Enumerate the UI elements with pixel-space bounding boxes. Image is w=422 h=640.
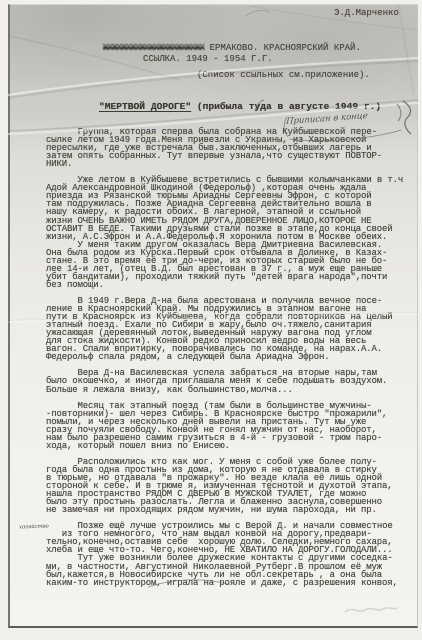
body-text: Группа, которая сперва была собрана на К… (46, 128, 408, 587)
header-period: ССЫЛКА. 1949 - 1954 Г.Г. (143, 54, 273, 64)
document-subtitle: "МЕРТВОЙ ДОРОГЕ" (прибыла туда в августе… (99, 101, 381, 112)
scanned-document-photo: Э.Д.Марченко ЖХЖХЖХЖХЖХЖХЖХЖХЖХЖХЖХ ЕРМА… (0, 0, 422, 640)
author-name: Э.Д.Марченко (334, 8, 399, 18)
struck-out-text: ЖХЖХЖХЖХЖХЖХЖХЖХЖХЖХЖХ (103, 43, 204, 53)
subtitle-rest: (прибыла туда в августе 1949 г.) (191, 101, 381, 112)
header-location: ЕРМАКОВО. КРАСНОЯРСКИЙ КРАЙ. (204, 43, 361, 53)
subtitle-quote: "МЕРТВОЙ ДОРОГЕ" (99, 101, 191, 112)
attachment-note: (Список ссыльных см.приложение). (197, 70, 370, 80)
header-location-line: ЖХЖХЖХЖХЖХЖХЖХЖХЖХЖХЖХ ЕРМАКОВО. КРАСНОЯ… (103, 43, 361, 53)
handwritten-margin-note: хозяйство (19, 523, 49, 530)
